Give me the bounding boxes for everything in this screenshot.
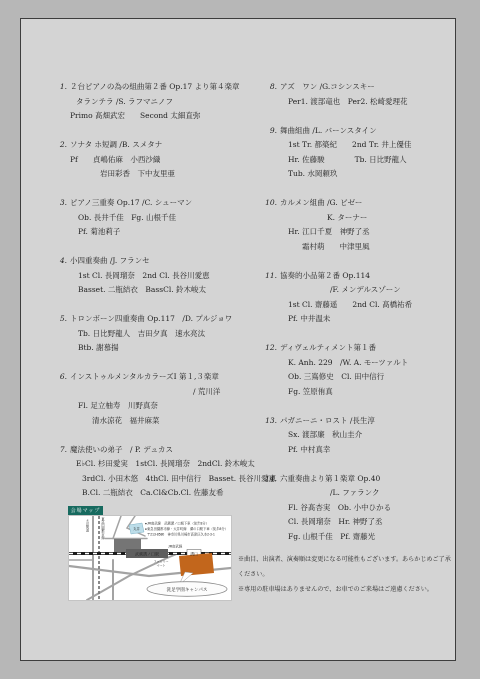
item-line: Pf. 菊池莉子 — [78, 225, 266, 240]
oyama-kaido-label: 大山街道 — [85, 518, 89, 533]
item-number: 2. — [54, 138, 70, 153]
item-title: ２台ピアノの為の組曲第２番 Op.17 より第４楽章 — [70, 80, 240, 95]
item-line: / 荒川洋 — [193, 385, 266, 400]
item-line: Tub. 水岡頼玖 — [288, 167, 460, 182]
item-number: 7. — [54, 443, 70, 458]
item-number: 10. — [264, 196, 280, 211]
program-item: 14.六重奏曲より第１楽章 Op.40/L. ファランクFl. 谷髙杏実 Ob.… — [264, 472, 460, 545]
item-line: Fl. 足立柚寿 川野真奈 — [78, 399, 266, 414]
program-item: 13.パガニーニ・ロスト /長生淳Sx. 渡部廉 秋山圭介Pf. 中村真幸 — [264, 414, 460, 458]
program-item: 8.アズ ワン /G.コシンスキーPer1. 渡部竜也 Per2. 松崎愛理花 — [264, 80, 460, 109]
item-number: 4. — [54, 254, 70, 269]
item-title: トロンボーン四重奏曲 Op.117 /D. プルジョワ — [70, 312, 232, 327]
map-access-line-1: ●JR南武線 武蔵溝ノ口駅下車（徒歩8分） — [145, 521, 209, 526]
program-item: 11.協奏的小品第２番 Op.114/F. メンデルスゾーン1st Cl. 齋藤… — [264, 269, 460, 327]
item-line: 清水涼花 福井麻菜 — [92, 414, 266, 429]
item-line: Hr. 江口千夏 神野了丞 — [288, 225, 460, 240]
item-number: 14. — [264, 472, 280, 487]
denentoshi-line-label: 東急田園都市線 — [100, 516, 104, 540]
program-column-left: 1.２台ピアノの為の組曲第２番 Op.17 より第４楽章タランテラ /S. ラフ… — [54, 80, 266, 515]
item-head: 11.協奏的小品第２番 Op.114 — [264, 269, 460, 284]
item-line: 岩田彩香 下中友里亜 — [100, 167, 266, 182]
item-title: ピアノ三重奏 Op.17 /C. シューマン — [70, 196, 192, 211]
family-mart-label-2: マート — [156, 564, 165, 568]
item-line: Cl. 長岡瑠奈 Hr. 神野了丞 — [288, 515, 460, 530]
item-line: /L. ファランク — [330, 486, 460, 501]
item-line: Fg. 山根千佳 Pf. 齋藤光 — [288, 530, 460, 545]
item-line: Ob. 三嶌修史 Cl. 田中信行 — [288, 370, 460, 385]
note-line: ください。 — [238, 567, 460, 582]
item-line: Hr. 佐藤駿 Tb. 日比野龍人 — [288, 153, 460, 168]
item-number: 6. — [54, 370, 70, 385]
program-item: 9.舞曲組曲 /L. バーンスタイン1st Tr. 都築紀 2nd Tr. 井上… — [264, 124, 460, 182]
item-line: Pf. 中村真幸 — [288, 443, 460, 458]
item-number: 8. — [264, 80, 280, 95]
item-head: 6.インストゥルメンタルカラーズⅠ 第１,３楽章 — [54, 370, 266, 385]
venue-map-drawing: ●JR南武線 武蔵溝ノ口駅下車（徒歩8分） ●東急田園都市線・大井町線 溝の口駅… — [69, 516, 231, 600]
footer-notes: ※曲目、出演者、演奏順は変更になる可能性もございます。あらかじめご了承ください。… — [238, 552, 460, 597]
item-title: ディヴェルティメント第１番 — [280, 341, 376, 356]
road-diagonal-top1 — [113, 516, 121, 539]
item-title: 協奏的小品第２番 Op.114 — [280, 269, 370, 284]
item-title: カルメン組曲 /G. ビゼー — [280, 196, 362, 211]
program-item: 4.小四重奏曲 /J. フランセ1st Cl. 長岡瑠奈 2nd Cl. 長谷川… — [54, 254, 266, 298]
item-number: 11. — [264, 269, 280, 284]
item-line: /F. メンデルスゾーン — [330, 283, 460, 298]
item-head: 10.カルメン組曲 /G. ビゼー — [264, 196, 460, 211]
item-line: Btb. 謝慕揚 — [78, 341, 266, 356]
item-line: Per1. 渡部竜也 Per2. 松崎愛理花 — [288, 95, 460, 110]
marui-label: 丸井 — [133, 526, 140, 531]
item-line: 霜村萌 中津里風 — [302, 240, 460, 255]
program-page: 1.２台ピアノの為の組曲第２番 Op.17 より第４楽章タランテラ /S. ラフ… — [20, 18, 456, 661]
map-access-line-2: ●東急田園都市線・大井町線 溝の口駅下車（徒歩8分） — [145, 526, 228, 531]
item-line: 3rdCl. 小田木悠 4thCl. 田中信行 Basset. 長谷川愛恵 — [82, 472, 266, 487]
item-head: 9.舞曲組曲 /L. バーンスタイン — [264, 124, 460, 139]
item-head: 12.ディヴェルティメント第１番 — [264, 341, 460, 356]
program-column-right: 8.アズ ワン /G.コシンスキーPer1. 渡部竜也 Per2. 松崎愛理花9… — [264, 80, 460, 559]
item-line: Pf 貞嶋佑麻 小西沙織 — [70, 153, 266, 168]
item-line: Basset. 二瓶結衣 BassCl. 鈴木峻太 — [78, 283, 266, 298]
program-item: 10.カルメン組曲 /G. ビゼーK. ターナーHr. 江口千夏 神野了丞霜村萌… — [264, 196, 460, 254]
item-head: 13.パガニーニ・ロスト /長生淳 — [264, 414, 460, 429]
item-line: Fg. 笠原侑真 — [288, 385, 460, 400]
item-line: Ob. 長井千佳 Fg. 山根千佳 — [78, 211, 266, 226]
mizonokuchi-label: 溝口 — [190, 551, 198, 556]
item-line: Sx. 渡部廉 秋山圭介 — [288, 428, 460, 443]
item-title: 魔法使いの弟子 / P. デュカス — [70, 443, 173, 458]
item-line: Fl. 谷髙杏実 Ob. 小中ひかる — [288, 501, 460, 516]
campus-label: 洗足学園キャンパス — [166, 586, 207, 593]
item-title: 舞曲組曲 /L. バーンスタイン — [280, 124, 377, 139]
item-head: 8.アズ ワン /G.コシンスキー — [264, 80, 460, 95]
item-head: 7.魔法使いの弟子 / P. デュカス — [54, 443, 266, 458]
item-head: 1.２台ピアノの為の組曲第２番 Op.17 より第４楽章 — [54, 80, 266, 95]
program-item: 12.ディヴェルティメント第１番K. Anh. 229 /W. A. モーツァル… — [264, 341, 460, 399]
item-line: K. ターナー — [327, 211, 460, 226]
item-line: Tb. 日比野龍人 吉田夕真 速水亮汰 — [78, 327, 266, 342]
map-access-address: 〒213-8580 神奈川県川崎市高津区久本2-3-1 — [147, 532, 215, 537]
item-line: Primo 髙畑武宏 Second 太細直弥 — [70, 109, 266, 124]
program-item: 1.２台ピアノの為の組曲第２番 Op.17 より第４楽章タランテラ /S. ラフ… — [54, 80, 266, 124]
item-number: 1. — [54, 80, 70, 95]
item-line: 1st Cl. 長岡瑠奈 2nd Cl. 長谷川愛恵 — [78, 269, 266, 284]
scanned-program-background: 1.２台ピアノの為の組曲第２番 Op.17 より第４楽章タランテラ /S. ラフ… — [0, 0, 480, 679]
item-title: インストゥルメンタルカラーズⅠ 第１,３楽章 — [70, 370, 219, 385]
program-item: 7.魔法使いの弟子 / P. デュカスE♭Cl. 杉田愛実 1stCl. 長岡瑠… — [54, 443, 266, 501]
item-title: パガニーニ・ロスト /長生淳 — [280, 414, 375, 429]
item-line: Pf. 中井温未 — [288, 312, 460, 327]
note-line: ※専用の駐車場はありませんので、お車でのご来場はご遠慮ください。 — [238, 582, 460, 597]
item-number: 12. — [264, 341, 280, 356]
item-number: 13. — [264, 414, 280, 429]
program-item: 5.トロンボーン四重奏曲 Op.117 /D. プルジョワTb. 日比野龍人 吉… — [54, 312, 266, 356]
station-label: 武蔵溝ノ口駅 — [135, 551, 159, 557]
item-title: 小四重奏曲 /J. フランセ — [70, 254, 150, 269]
venue-map: ●JR南武線 武蔵溝ノ口駅下車（徒歩8分） ●東急田園都市線・大井町線 溝の口駅… — [68, 515, 232, 601]
item-line: タランテラ /S. ラフマニノフ — [76, 95, 266, 110]
item-head: 5.トロンボーン四重奏曲 Op.117 /D. プルジョワ — [54, 312, 266, 327]
item-head: 4.小四重奏曲 /J. フランセ — [54, 254, 266, 269]
item-line: 1st Cl. 齋藤遥 2nd Cl. 髙橋祐希 — [288, 298, 460, 313]
item-number: 5. — [54, 312, 70, 327]
note-line: ※曲目、出演者、演奏順は変更になる可能性もございます。あらかじめご了承 — [238, 552, 460, 567]
campus-building — [179, 553, 214, 576]
item-line: B.Cl. 二瓶結衣 Ca.Cl&Cb.Cl. 佐藤友希 — [82, 486, 266, 501]
program-item: 6.インストゥルメンタルカラーズⅠ 第１,３楽章/ 荒川洋Fl. 足立柚寿 川野… — [54, 370, 266, 428]
item-line: E♭Cl. 杉田愛実 1stCl. 長岡瑠奈 2ndCl. 鈴木峻太 — [76, 457, 266, 472]
item-number: 9. — [264, 124, 280, 139]
item-head: 14.六重奏曲より第１楽章 Op.40 — [264, 472, 460, 487]
item-line: K. Anh. 229 /W. A. モーツァルト — [288, 356, 460, 371]
item-head: 3.ピアノ三重奏 Op.17 /C. シューマン — [54, 196, 266, 211]
program-item: 3.ピアノ三重奏 Op.17 /C. シューマンOb. 長井千佳 Fg. 山根千… — [54, 196, 266, 240]
item-head: 2.ソナタ ホ短調 /B. スメタナ — [54, 138, 266, 153]
jr-line-label: JR南武線 — [168, 544, 183, 549]
item-title: アズ ワン /G.コシンスキー — [280, 80, 375, 95]
item-title: ソナタ ホ短調 /B. スメタナ — [70, 138, 162, 153]
item-number: 3. — [54, 196, 70, 211]
item-line: 1st Tr. 都築紀 2nd Tr. 井上優佳 — [288, 138, 460, 153]
item-title: 六重奏曲より第１楽章 Op.40 — [280, 472, 380, 487]
program-item: 2.ソナタ ホ短調 /B. スメタナPf 貞嶋佑麻 小西沙織岩田彩香 下中友里亜 — [54, 138, 266, 182]
